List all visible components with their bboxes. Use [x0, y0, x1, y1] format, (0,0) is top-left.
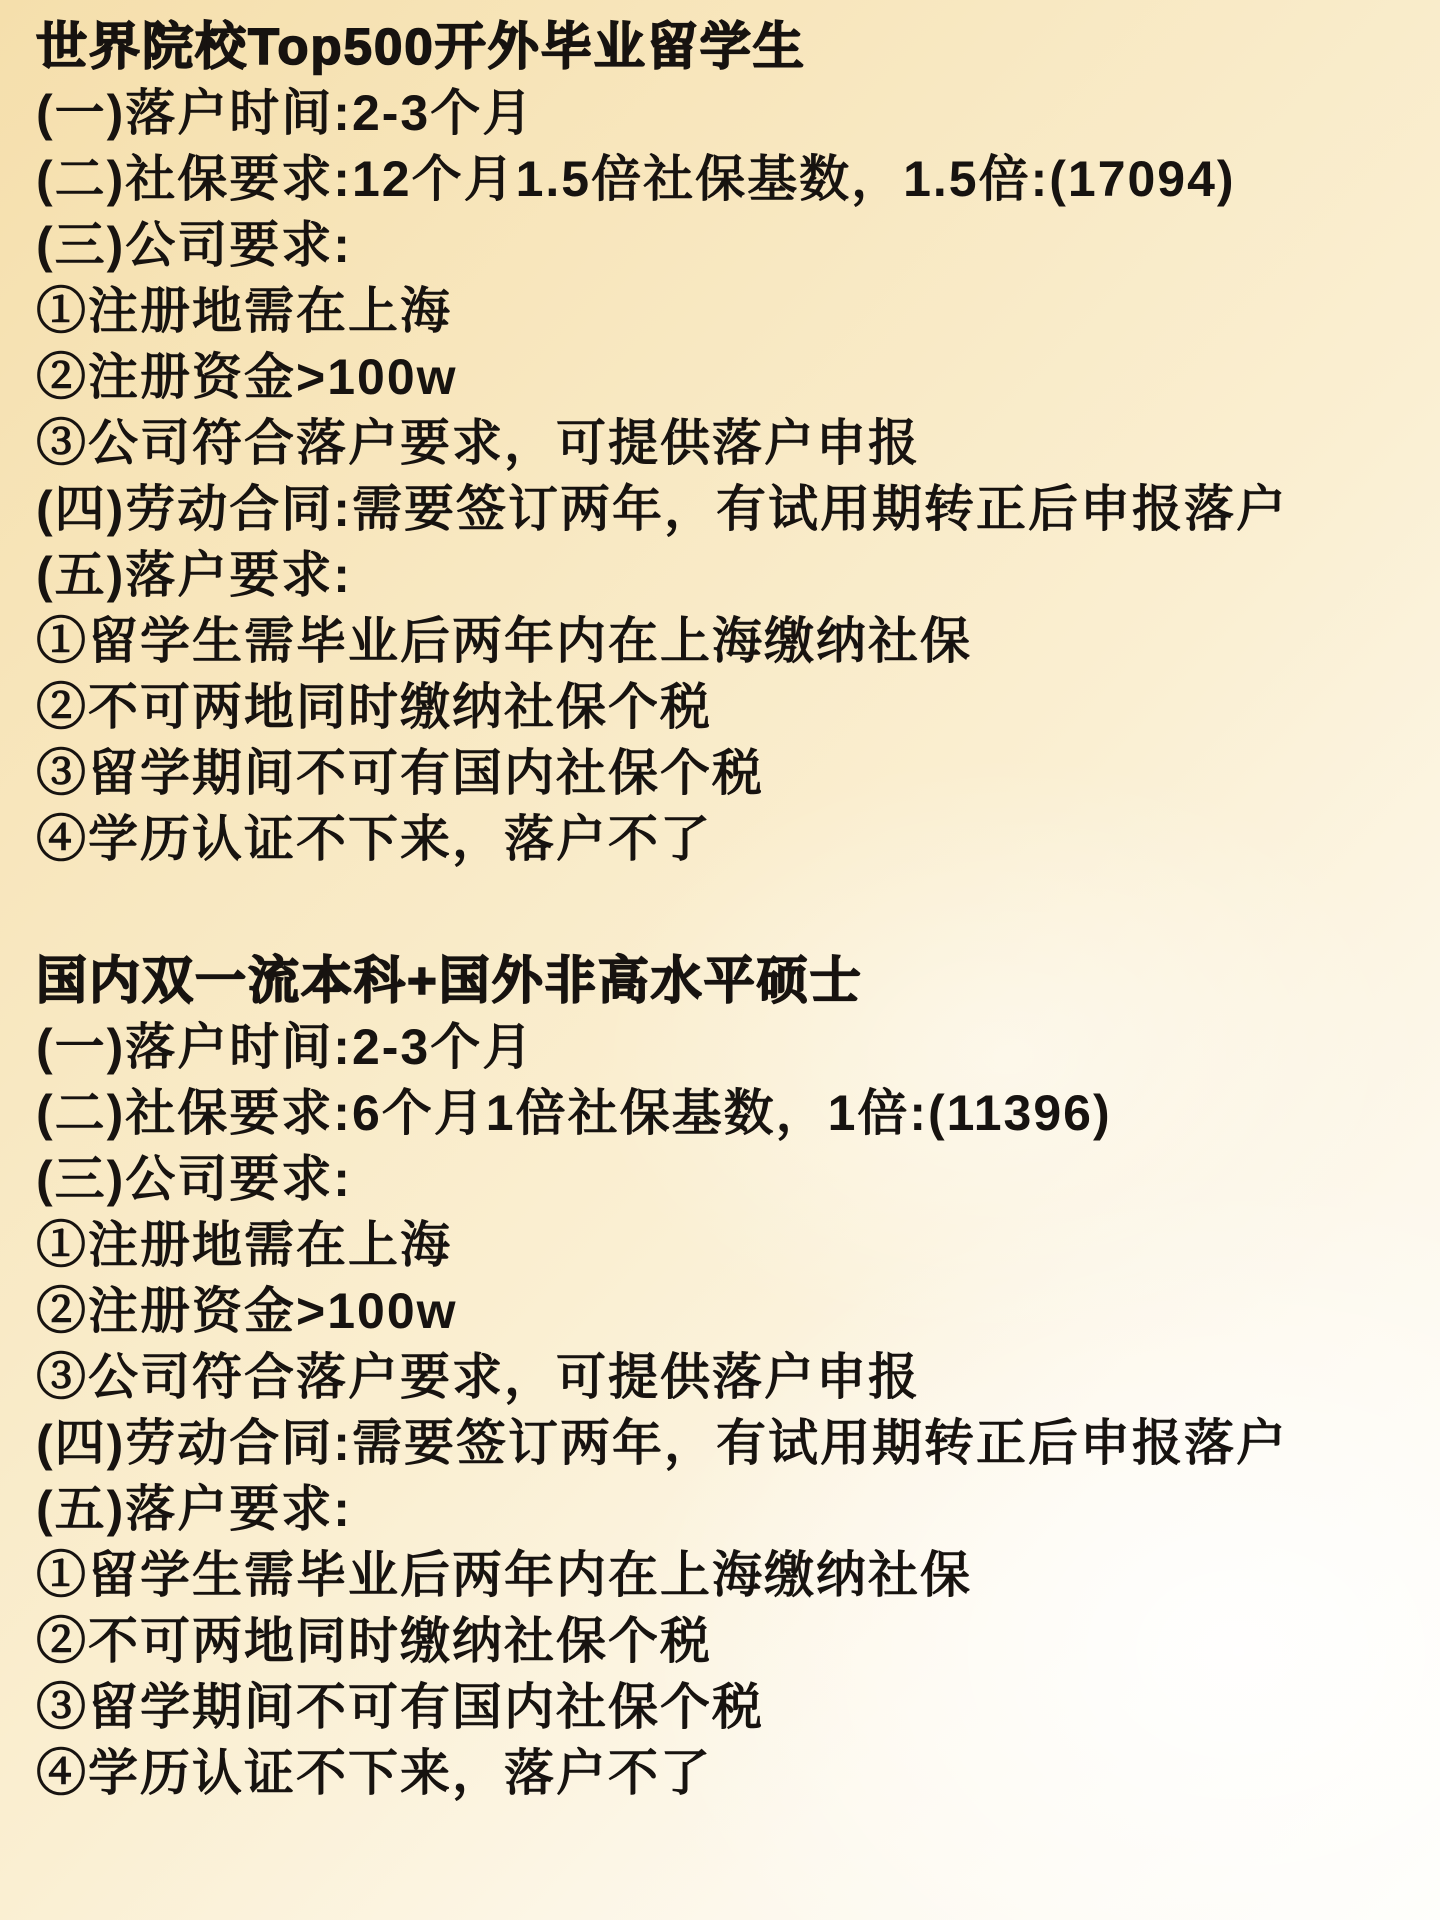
text-line: ①注册地需在上海	[36, 278, 1410, 344]
text-line: ④学历认证不下来，落户不了	[36, 1740, 1410, 1806]
text-line: (五)落户要求:	[36, 542, 1410, 608]
text-line: (三)公司要求:	[36, 212, 1410, 278]
text-line: ③留学期间不可有国内社保个税	[36, 740, 1410, 806]
text-line: ①留学生需毕业后两年内在上海缴纳社保	[36, 1542, 1410, 1608]
text-line: ③公司符合落户要求，可提供落户申报	[36, 1344, 1410, 1410]
section-lines-top500: (一)落户时间:2-3个月(二)社保要求:12个月1.5倍社保基数，1.5倍:(…	[36, 80, 1410, 872]
text-line: (二)社保要求:6个月1倍社保基数，1倍:(11396)	[36, 1080, 1410, 1146]
text-line: (一)落户时间:2-3个月	[36, 1014, 1410, 1080]
text-line: ③留学期间不可有国内社保个税	[36, 1674, 1410, 1740]
text-line: (四)劳动合同:需要签订两年，有试用期转正后申报落户	[36, 1410, 1410, 1476]
text-line: (五)落户要求:	[36, 1476, 1410, 1542]
section-title-top500: 世界院校Top500开外毕业留学生	[36, 14, 1410, 80]
text-line: (四)劳动合同:需要签订两年，有试用期转正后申报落户	[36, 476, 1410, 542]
text-line: (二)社保要求:12个月1.5倍社保基数，1.5倍:(17094)	[36, 146, 1410, 212]
section-title-double-first-class: 国内双一流本科+国外非高水平硕士	[36, 948, 1410, 1014]
text-line: ④学历认证不下来，落户不了	[36, 806, 1410, 872]
text-line: ①留学生需毕业后两年内在上海缴纳社保	[36, 608, 1410, 674]
text-line: (一)落户时间:2-3个月	[36, 80, 1410, 146]
text-line: ①注册地需在上海	[36, 1212, 1410, 1278]
text-line: ③公司符合落户要求，可提供落户申报	[36, 410, 1410, 476]
text-line: (三)公司要求:	[36, 1146, 1410, 1212]
section-lines-double-first-class: (一)落户时间:2-3个月(二)社保要求:6个月1倍社保基数，1倍:(11396…	[36, 1014, 1410, 1806]
text-line: ②注册资金>100w	[36, 344, 1410, 410]
section-domestic-double-first-class: 国内双一流本科+国外非高水平硕士 (一)落户时间:2-3个月(二)社保要求:6个…	[36, 948, 1410, 1806]
text-line: ②注册资金>100w	[36, 1278, 1410, 1344]
text-line: ②不可两地同时缴纳社保个税	[36, 1608, 1410, 1674]
text-line: ②不可两地同时缴纳社保个税	[36, 674, 1410, 740]
section-top500-abroad-graduates: 世界院校Top500开外毕业留学生 (一)落户时间:2-3个月(二)社保要求:1…	[36, 14, 1410, 872]
note-page: 世界院校Top500开外毕业留学生 (一)落户时间:2-3个月(二)社保要求:1…	[0, 0, 1440, 1920]
